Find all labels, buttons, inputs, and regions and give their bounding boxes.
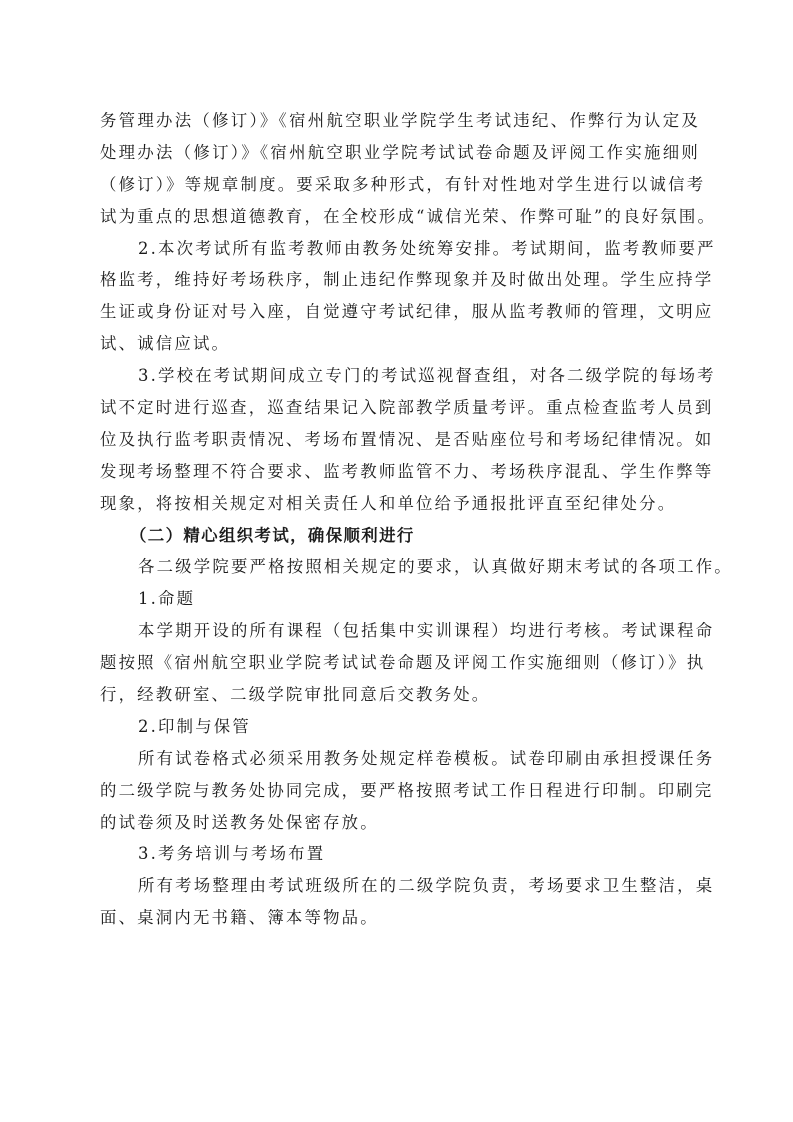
text-line: 所有考场整理由考试班级所在的二级学院负责，考场要求卫生整洁，桌	[100, 870, 700, 902]
subheading-proposition: 1.命题	[100, 583, 700, 615]
text-line: 发现考场整理不符合要求、监考教师监管不力、考场秩序混乱、学生作弊等	[100, 456, 700, 488]
section-heading-organize-exams: （二）精心组织考试，确保顺利进行	[100, 520, 700, 552]
paragraph-item-2-invigilation: 2.本次考试所有监考教师由教务处统筹安排。考试期间，监考教师要严 格监考，维持好…	[100, 233, 700, 361]
text-line: 3.学校在考试期间成立专门的考试巡视督查组，对各二级学院的每场考	[100, 360, 700, 392]
text-line: 各二级学院要严格按照相关规定的要求，认真做好期末考试的各项工作。	[100, 551, 700, 583]
subheading-training-layout: 3.考务培训与考场布置	[100, 838, 700, 870]
heading-text: （二）精心组织考试，确保顺利进行	[100, 520, 700, 552]
text-line: 本学期开设的所有课程（包括集中实训课程）均进行考核。考试课程命	[100, 615, 700, 647]
text-line: 的试卷须及时送教务处保密存放。	[100, 807, 700, 839]
text-line: （修订）》等规章制度。要采取多种形式，有针对性地对学生进行以诚信考	[100, 169, 700, 201]
paragraph-exam-room-body: 所有考场整理由考试班级所在的二级学院负责，考场要求卫生整洁，桌 面、桌洞内无书籍…	[100, 870, 700, 934]
text-line: 位及执行监考职责情况、考场布置情况、是否贴座位号和考场纪律情况。如	[100, 424, 700, 456]
paragraph-regulations-continuation: 务管理办法（修订）》《宿州航空职业学院学生考试违纪、作弊行为认定及 处理办法（修…	[100, 105, 700, 233]
subheading-printing-storage: 2.印制与保管	[100, 711, 700, 743]
subheading-text: 3.考务培训与考场布置	[100, 838, 700, 870]
text-line: 题按照《宿州航空职业学院考试试卷命题及评阅工作实施细则（修订）》执	[100, 647, 700, 679]
subheading-text: 1.命题	[100, 583, 700, 615]
text-line: 现象，将按相关规定对相关责任人和单位给予通报批评直至纪律处分。	[100, 488, 700, 520]
paragraph-proposition-body: 本学期开设的所有课程（包括集中实训课程）均进行考核。考试课程命 题按照《宿州航空…	[100, 615, 700, 711]
paragraph-item-3-inspection: 3.学校在考试期间成立专门的考试巡视督查组，对各二级学院的每场考 试不定时进行巡…	[100, 360, 700, 519]
subheading-text: 2.印制与保管	[100, 711, 700, 743]
text-line: 面、桌洞内无书籍、簿本等物品。	[100, 902, 700, 934]
text-line: 试为重点的思想道德教育，在全校形成“诚信光荣、作弊可耻”的良好氛围。	[100, 201, 700, 233]
paragraph-printing-body: 所有试卷格式必须采用教务处规定样卷模板。试卷印刷由承担授课任务 的二级学院与教务…	[100, 743, 700, 839]
text-line: 所有试卷格式必须采用教务处规定样卷模板。试卷印刷由承担授课任务	[100, 743, 700, 775]
text-line: 务管理办法（修订）》《宿州航空职业学院学生考试违纪、作弊行为认定及	[100, 105, 700, 137]
text-line: 生证或身份证对号入座，自觉遵守考试纪律，服从监考教师的管理，文明应	[100, 296, 700, 328]
text-line: 格监考，维持好考场秩序，制止违纪作弊现象并及时做出处理。学生应持学	[100, 264, 700, 296]
text-line: 处理办法（修订）》《宿州航空职业学院考试试卷命题及评阅工作实施细则	[100, 137, 700, 169]
text-line: 行，经教研室、二级学院审批同意后交教务处。	[100, 679, 700, 711]
text-line: 试、诚信应试。	[100, 328, 700, 360]
paragraph-college-requirements: 各二级学院要严格按照相关规定的要求，认真做好期末考试的各项工作。	[100, 551, 700, 583]
text-line: 2.本次考试所有监考教师由教务处统筹安排。考试期间，监考教师要严	[100, 233, 700, 265]
document-page: 务管理办法（修订）》《宿州航空职业学院学生考试违纪、作弊行为认定及 处理办法（修…	[100, 105, 700, 934]
text-line: 的二级学院与教务处协同完成，要严格按照考试工作日程进行印制。印刷完	[100, 775, 700, 807]
text-line: 试不定时进行巡查，巡查结果记入院部教学质量考评。重点检查监考人员到	[100, 392, 700, 424]
